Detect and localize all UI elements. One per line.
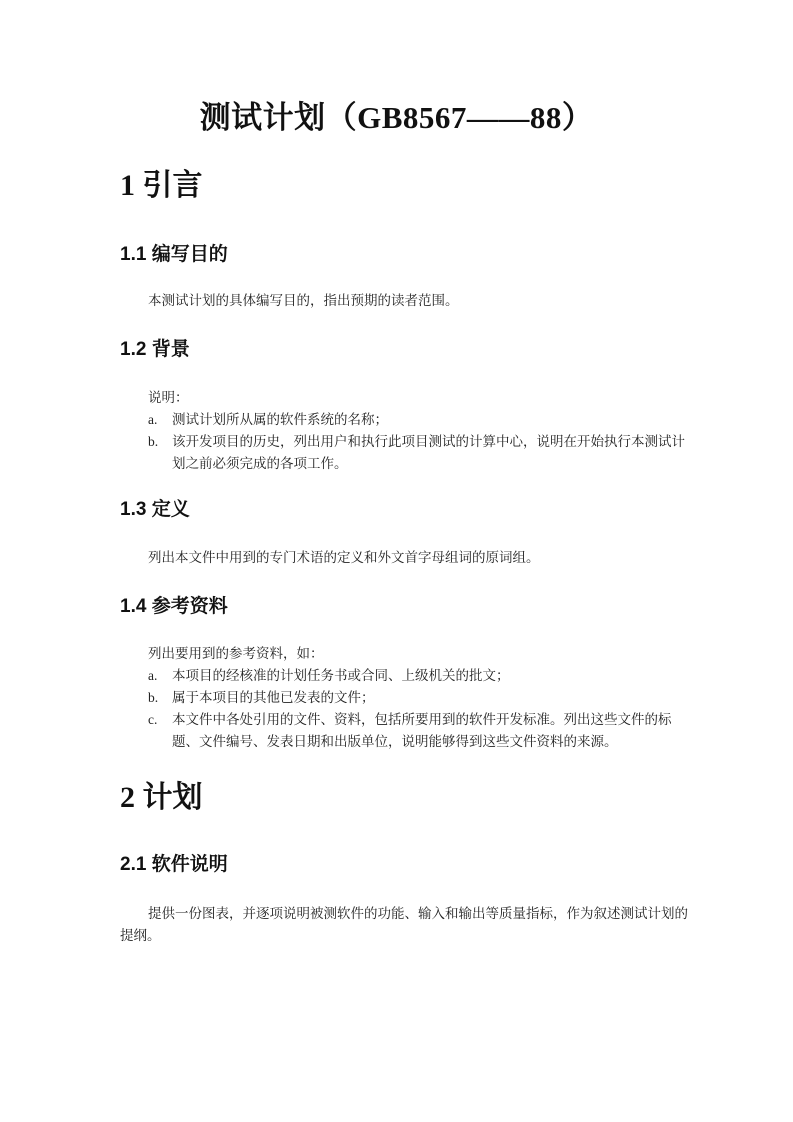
list-marker: b. [148,431,158,453]
list-item: a. 本项目的经核准的计划任务书或合同、上级机关的批文； [120,665,690,687]
list-item-text: 本文件中各处引用的文件、资料，包括所要用到的软件开发标准。列出这些文件的标题、文… [172,712,672,749]
list-item: a. 测试计划所从属的软件系统的名称； [120,409,690,431]
list-item-text: 属于本项目的其他已发表的文件； [172,690,375,705]
list-intro: 列出要用到的参考资料，如： [120,643,690,665]
subsection-heading-1-1: 1.1 编写目的 [120,242,228,268]
list-item-text: 该开发项目的历史，列出用户和执行此项目测试的计算中心，说明在开始执行本测试计划之… [172,434,685,471]
list-marker: a. [148,409,157,431]
list-marker: b. [148,687,158,709]
list-item: b. 该开发项目的历史，列出用户和执行此项目测试的计算中心，说明在开始执行本测试… [120,431,690,475]
list-1-2: 说明： a. 测试计划所从属的软件系统的名称； b. 该开发项目的历史，列出用户… [120,387,690,475]
list-marker: a. [148,665,157,687]
section-heading-2: 2 计划 [120,778,203,818]
list-1-4: 列出要用到的参考资料，如： a. 本项目的经核准的计划任务书或合同、上级机关的批… [120,643,690,753]
list-item-text: 测试计划所从属的软件系统的名称； [172,412,388,427]
subsection-heading-1-2: 1.2 背景 [120,337,190,363]
list-item: b. 属于本项目的其他已发表的文件； [120,687,690,709]
paragraph-1-1: 本测试计划的具体编写目的，指出预期的读者范围。 [120,290,690,312]
paragraph-1-3: 列出本文件中用到的专门术语的定义和外文首字母组词的原词组。 [120,547,690,569]
list-item: c. 本文件中各处引用的文件、资料，包括所要用到的软件开发标准。列出这些文件的标… [120,709,690,753]
section-heading-1: 1 引言 [120,166,203,206]
subsection-heading-1-4: 1.4 参考资料 [120,594,228,620]
subsection-heading-1-3: 1.3 定义 [120,497,190,523]
list-item-text: 本项目的经核准的计划任务书或合同、上级机关的批文； [172,668,510,683]
paragraph-2-1: 提供一份图表，并逐项说明被测软件的功能、输入和输出等质量指标，作为叙述测试计划的… [120,903,690,947]
document-page: 测试计划（GB8567——88） 1 引言 1.1 编写目的 本测试计划的具体编… [0,0,793,1122]
subsection-heading-2-1: 2.1 软件说明 [120,852,228,878]
document-title: 测试计划（GB8567——88） [0,98,793,138]
list-marker: c. [148,709,157,731]
list-intro: 说明： [120,387,690,409]
